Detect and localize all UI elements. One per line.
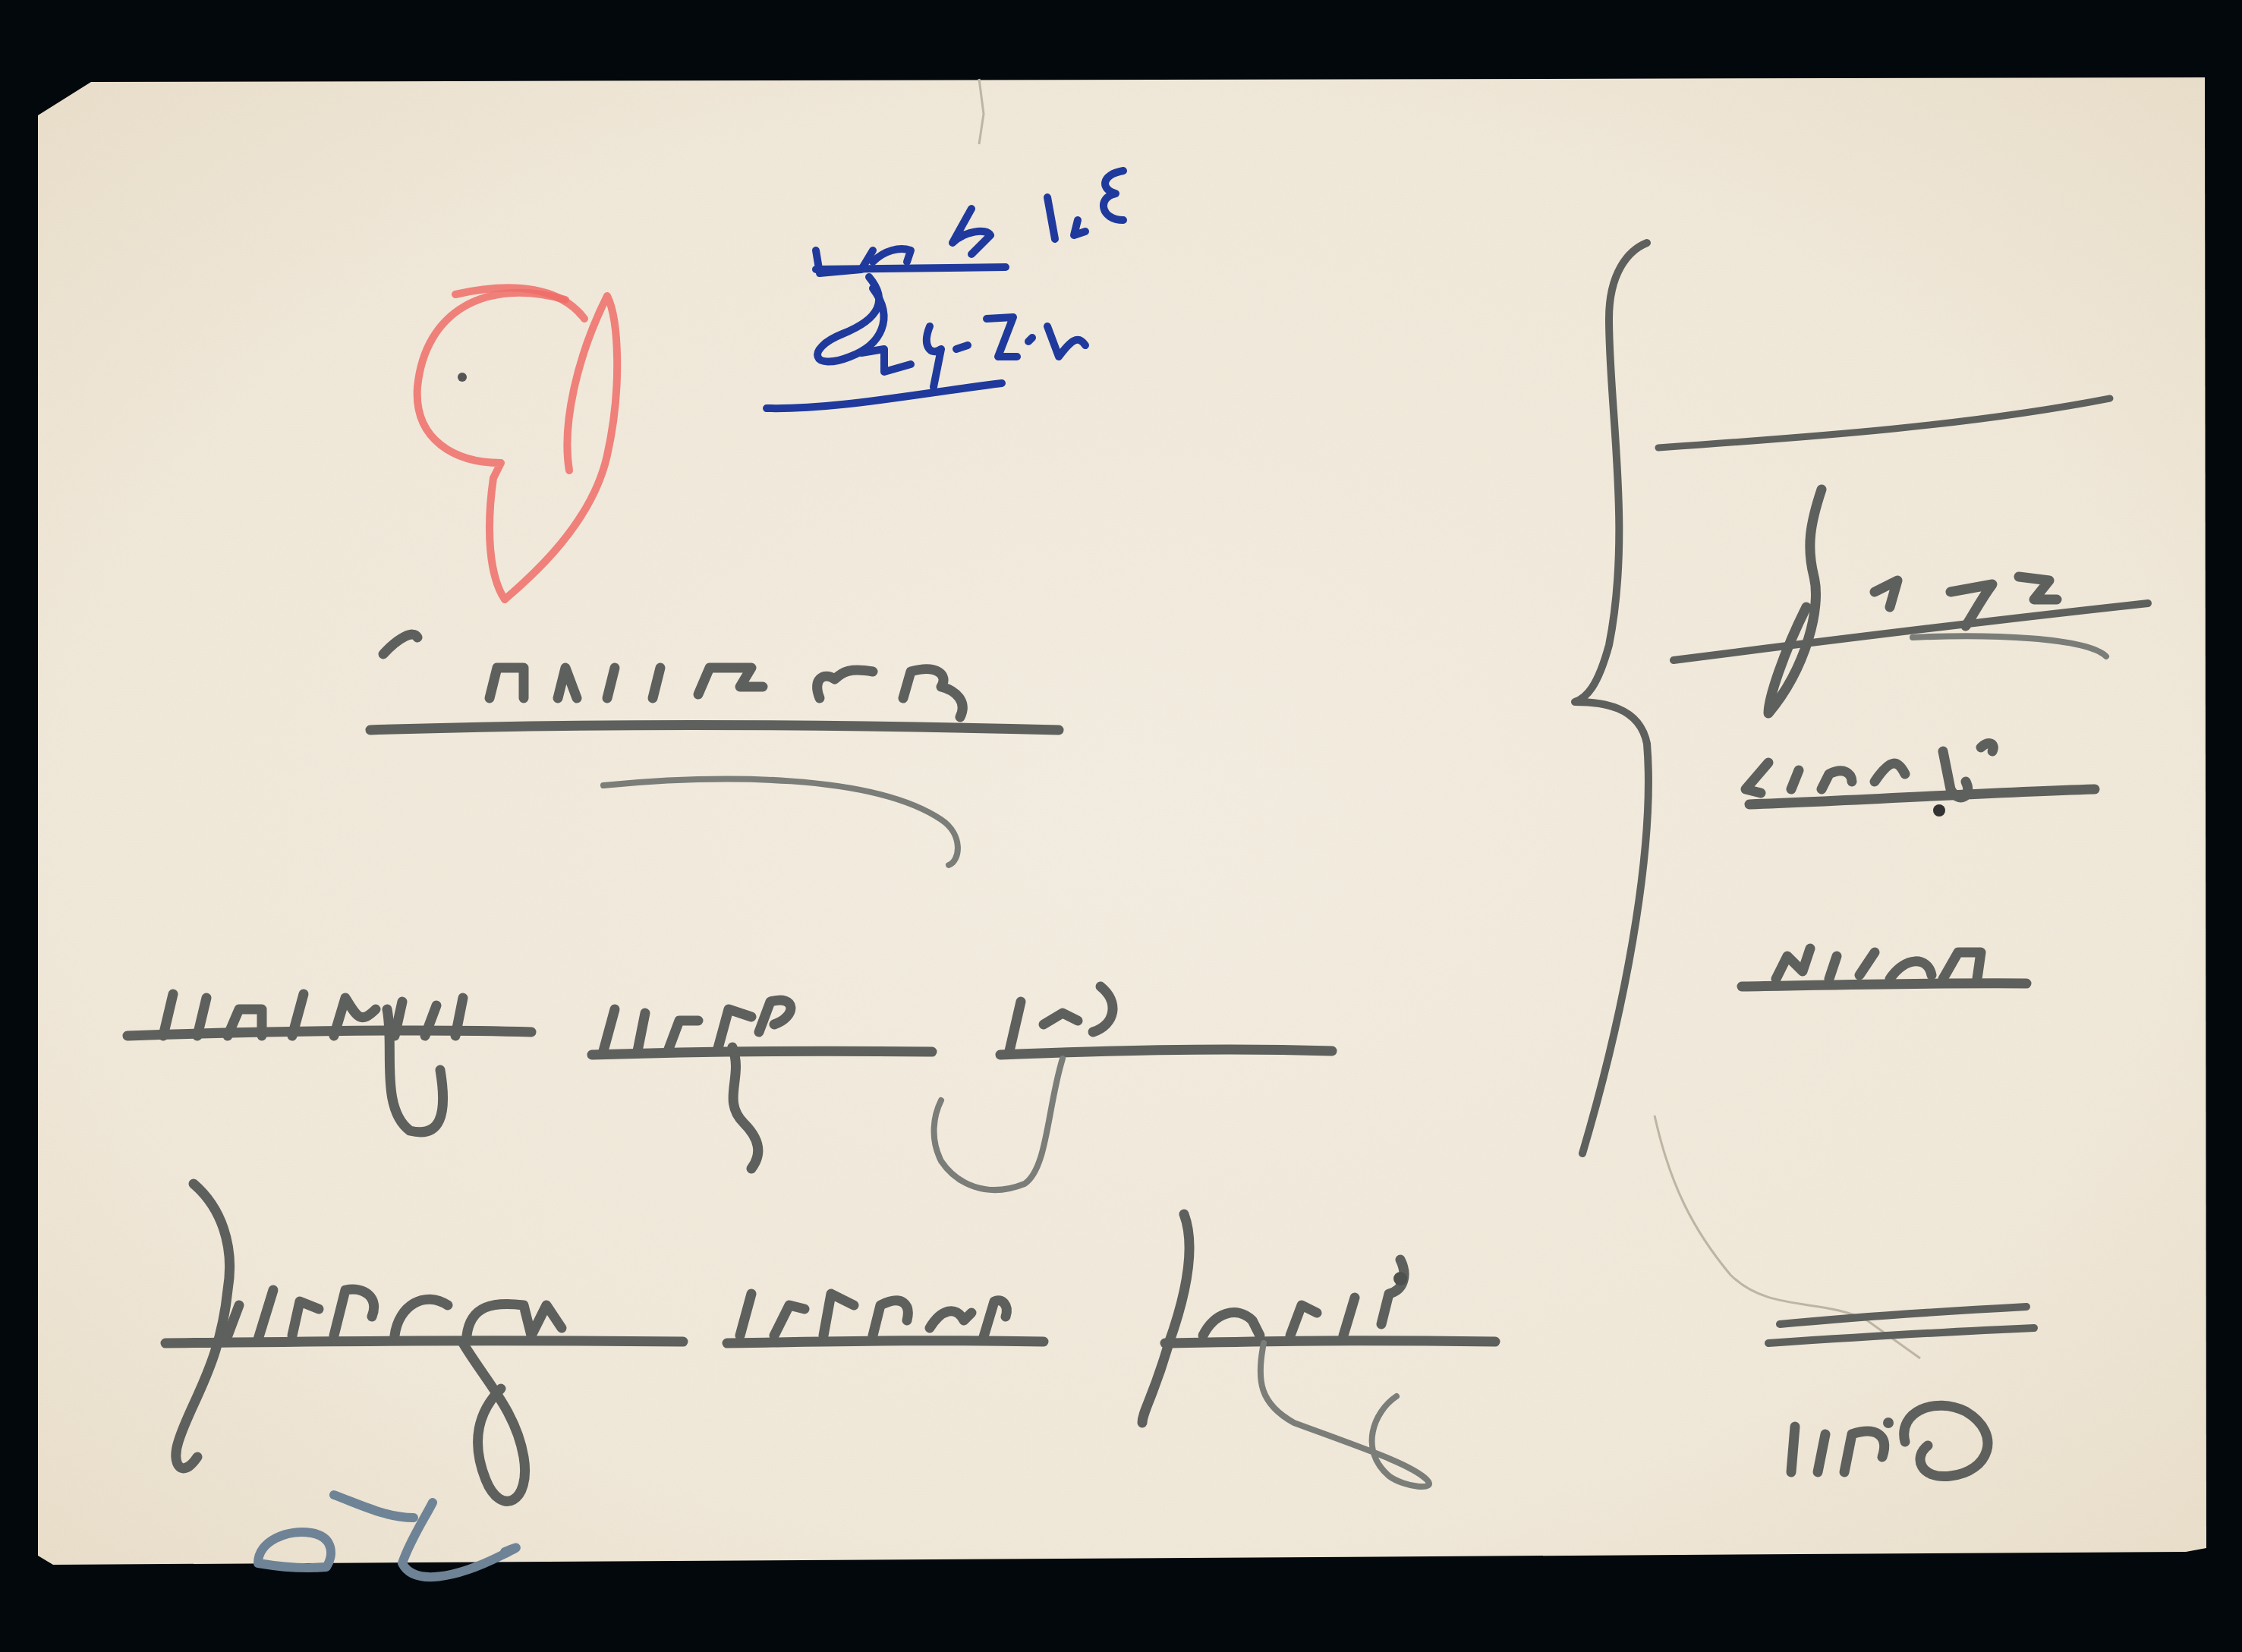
photo-background: Handwritten cover / envelope front Blue … <box>0 0 2242 1652</box>
pencil-numeral <box>0 0 2242 1652</box>
